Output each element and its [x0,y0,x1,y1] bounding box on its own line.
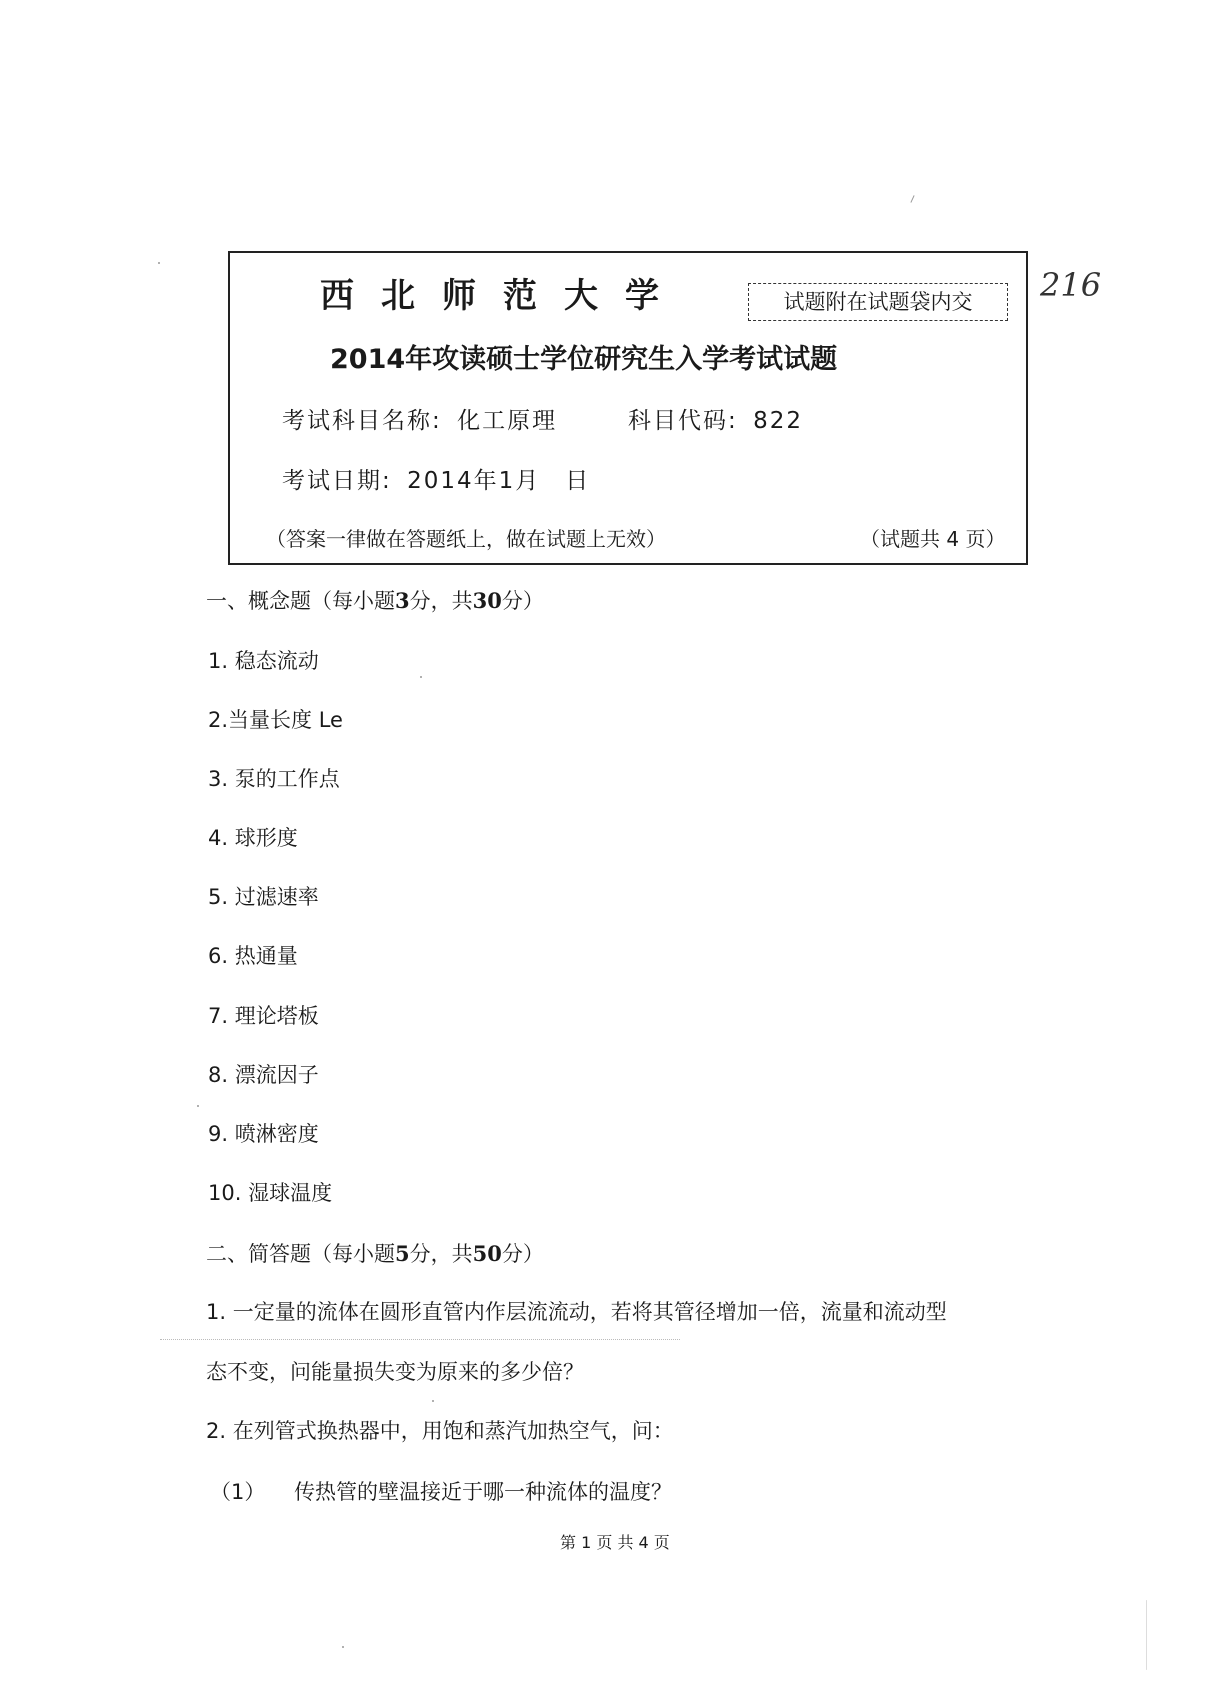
date-row: 考试日期: 2014年1月 日 [282,462,590,495]
question-2-line1: 2. 在列管式换热器中，用饱和蒸汽加热空气，问： [206,1415,674,1445]
concept-item: 8. 漂流因子 [208,1059,319,1089]
concept-item: 7. 理论塔板 [208,1000,319,1030]
scan-edge [1146,1600,1147,1670]
code-label: 科目代码: [628,408,738,434]
concept-item: 1. 稳态流动 [208,645,319,675]
question-1-line2: 态不变，问能量损失变为原来的多少倍？ [206,1356,584,1386]
sub-question-text: 传热管的壁温接近于哪一种流体的温度？ [294,1480,672,1504]
concept-item: 6. 热通量 [208,940,298,970]
section2-title: 二、简答题（每小题5分，共50分） [206,1238,544,1268]
date-value: 2014年1月 日 [407,468,590,494]
date-label: 考试日期: [282,468,392,494]
concept-item: 5. 过滤速率 [208,881,319,911]
scan-speck [910,195,914,203]
code-value: 822 [753,408,803,434]
section1-title: 一、概念题（每小题3分，共30分） [206,585,544,615]
scan-artifact-line [160,1339,680,1340]
scan-speck [158,262,160,264]
handwritten-mark: 216 [1040,266,1101,304]
page-count-note: （试题共 4 页） [860,523,1005,552]
scan-speck [197,1105,199,1107]
concept-item: 9. 喷淋密度 [208,1118,319,1148]
scan-speck [432,1400,434,1402]
subject-row: 考试科目名称: 化工原理 [282,402,557,435]
concept-item: 4. 球形度 [208,822,298,852]
page-footer: 第 1 页 共 4 页 [560,1530,670,1553]
exam-title: 2014年攻读硕士学位研究生入学考试试题 [330,337,837,376]
subject-name: 化工原理 [457,408,557,434]
code-row: 科目代码: 822 [628,402,803,435]
scan-speck [420,676,422,678]
scan-speck [342,1646,344,1648]
subject-label: 考试科目名称: [282,408,442,434]
sub-question-number: （1） [210,1480,265,1504]
question-2-sub1: （1） 传热管的壁温接近于哪一种流体的温度？ [210,1476,672,1506]
answer-note: （答案一律做在答题纸上，做在试题上无效） [266,523,666,552]
notice-box: 试题附在试题袋内交 [748,283,1008,321]
concept-item: 3. 泵的工作点 [208,763,340,793]
concept-item: 10. 湿球温度 [208,1177,332,1207]
university-name: 西北师范大学 [320,268,686,317]
concept-item: 2.当量长度 Le [208,704,343,734]
question-1-line1: 1. 一定量的流体在圆形直管内作层流流动，若将其管径增加一倍，流量和流动型 [206,1296,947,1326]
